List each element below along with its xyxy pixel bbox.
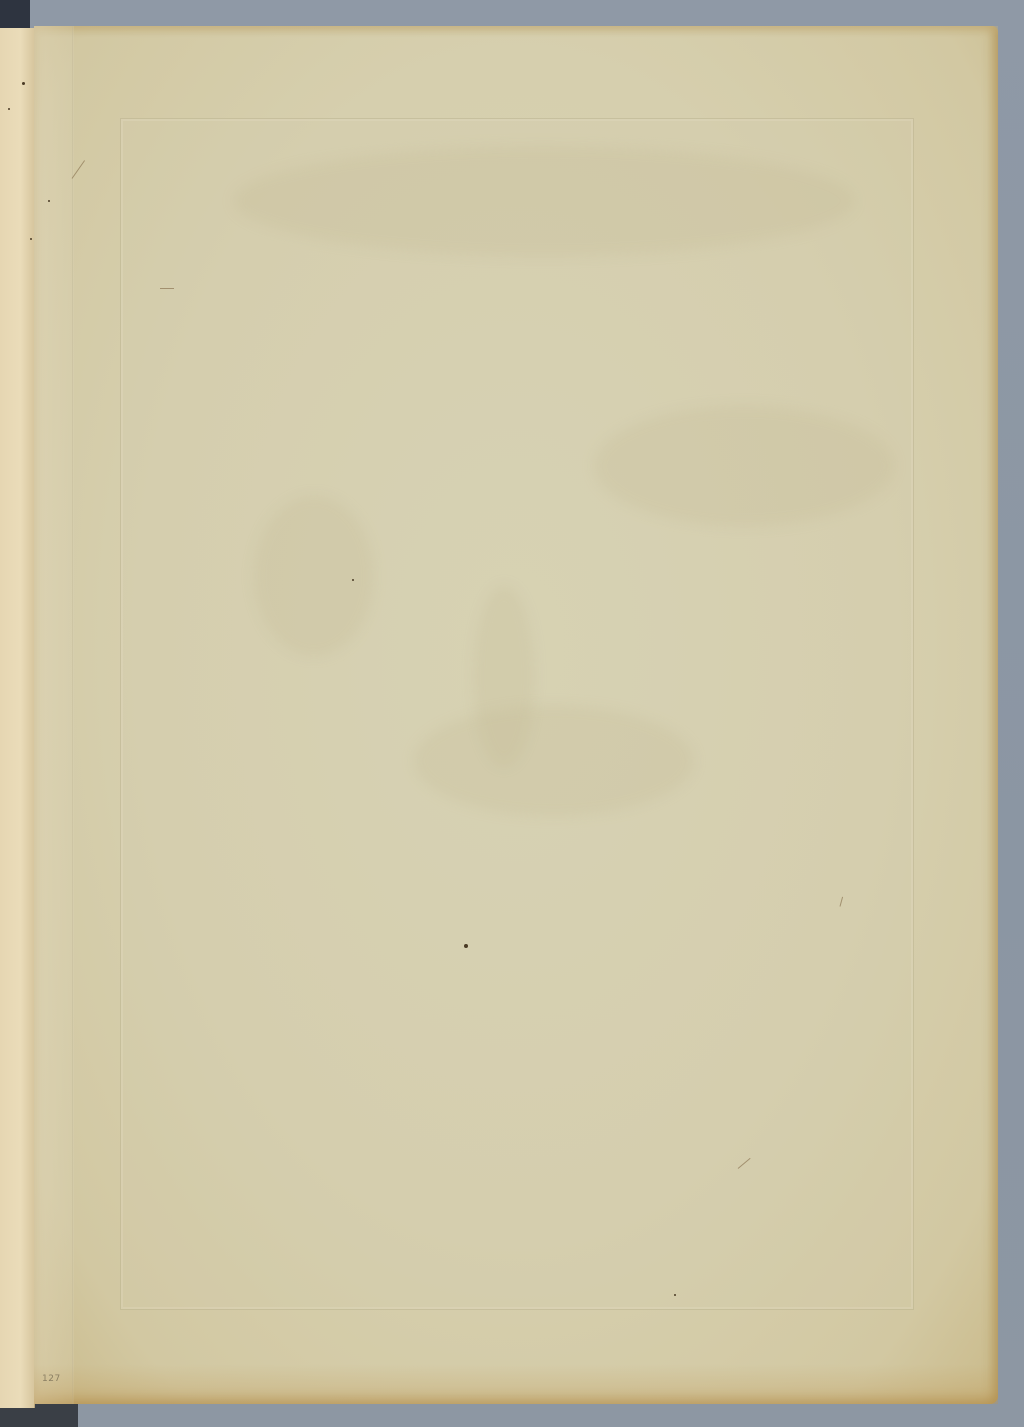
adjacent-page-edge: [0, 28, 35, 1408]
bleed-through-shape: [254, 496, 374, 656]
gutter-fold-line: [72, 26, 73, 1404]
book-page: [34, 26, 998, 1404]
page-bottom-staining: [34, 1364, 998, 1404]
bleed-through-shape: [234, 146, 854, 256]
ink-speck: [30, 238, 32, 240]
ink-speck: [8, 108, 10, 110]
bleed-through-shape: [594, 406, 894, 526]
ink-speck: [48, 200, 50, 202]
ink-speck: [22, 82, 25, 85]
paper-scratch: [160, 288, 174, 289]
ink-speck: [674, 1294, 676, 1296]
page-top-edge: [34, 26, 998, 36]
ink-speck: [464, 944, 468, 948]
pencil-annotation: 127: [42, 1374, 61, 1384]
ink-speck: [352, 579, 354, 581]
bleed-through-shape: [414, 706, 694, 816]
gutter-band: [34, 26, 74, 1404]
